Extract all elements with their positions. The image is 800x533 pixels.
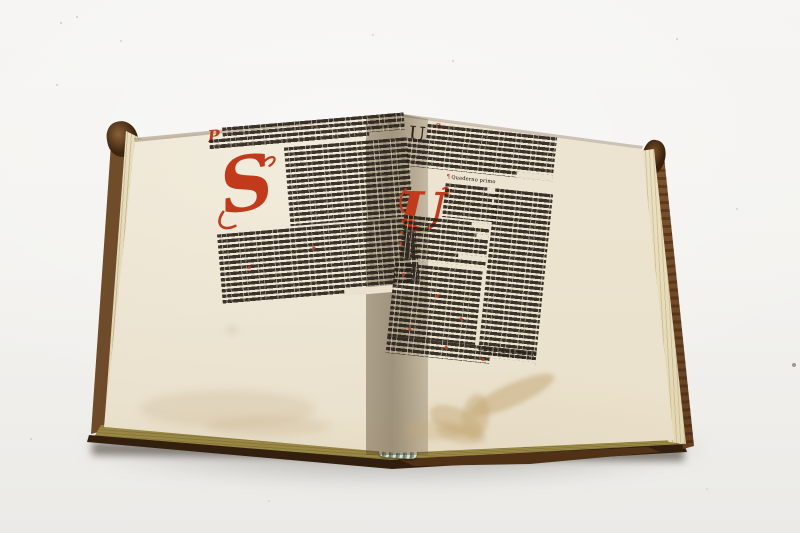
stain-blob: [205, 416, 330, 436]
photo-scene: P S U Q ¶Quaderno primo U: [0, 0, 800, 533]
left-page-stains: [0, 0, 800, 533]
stain-spot: [228, 328, 236, 333]
